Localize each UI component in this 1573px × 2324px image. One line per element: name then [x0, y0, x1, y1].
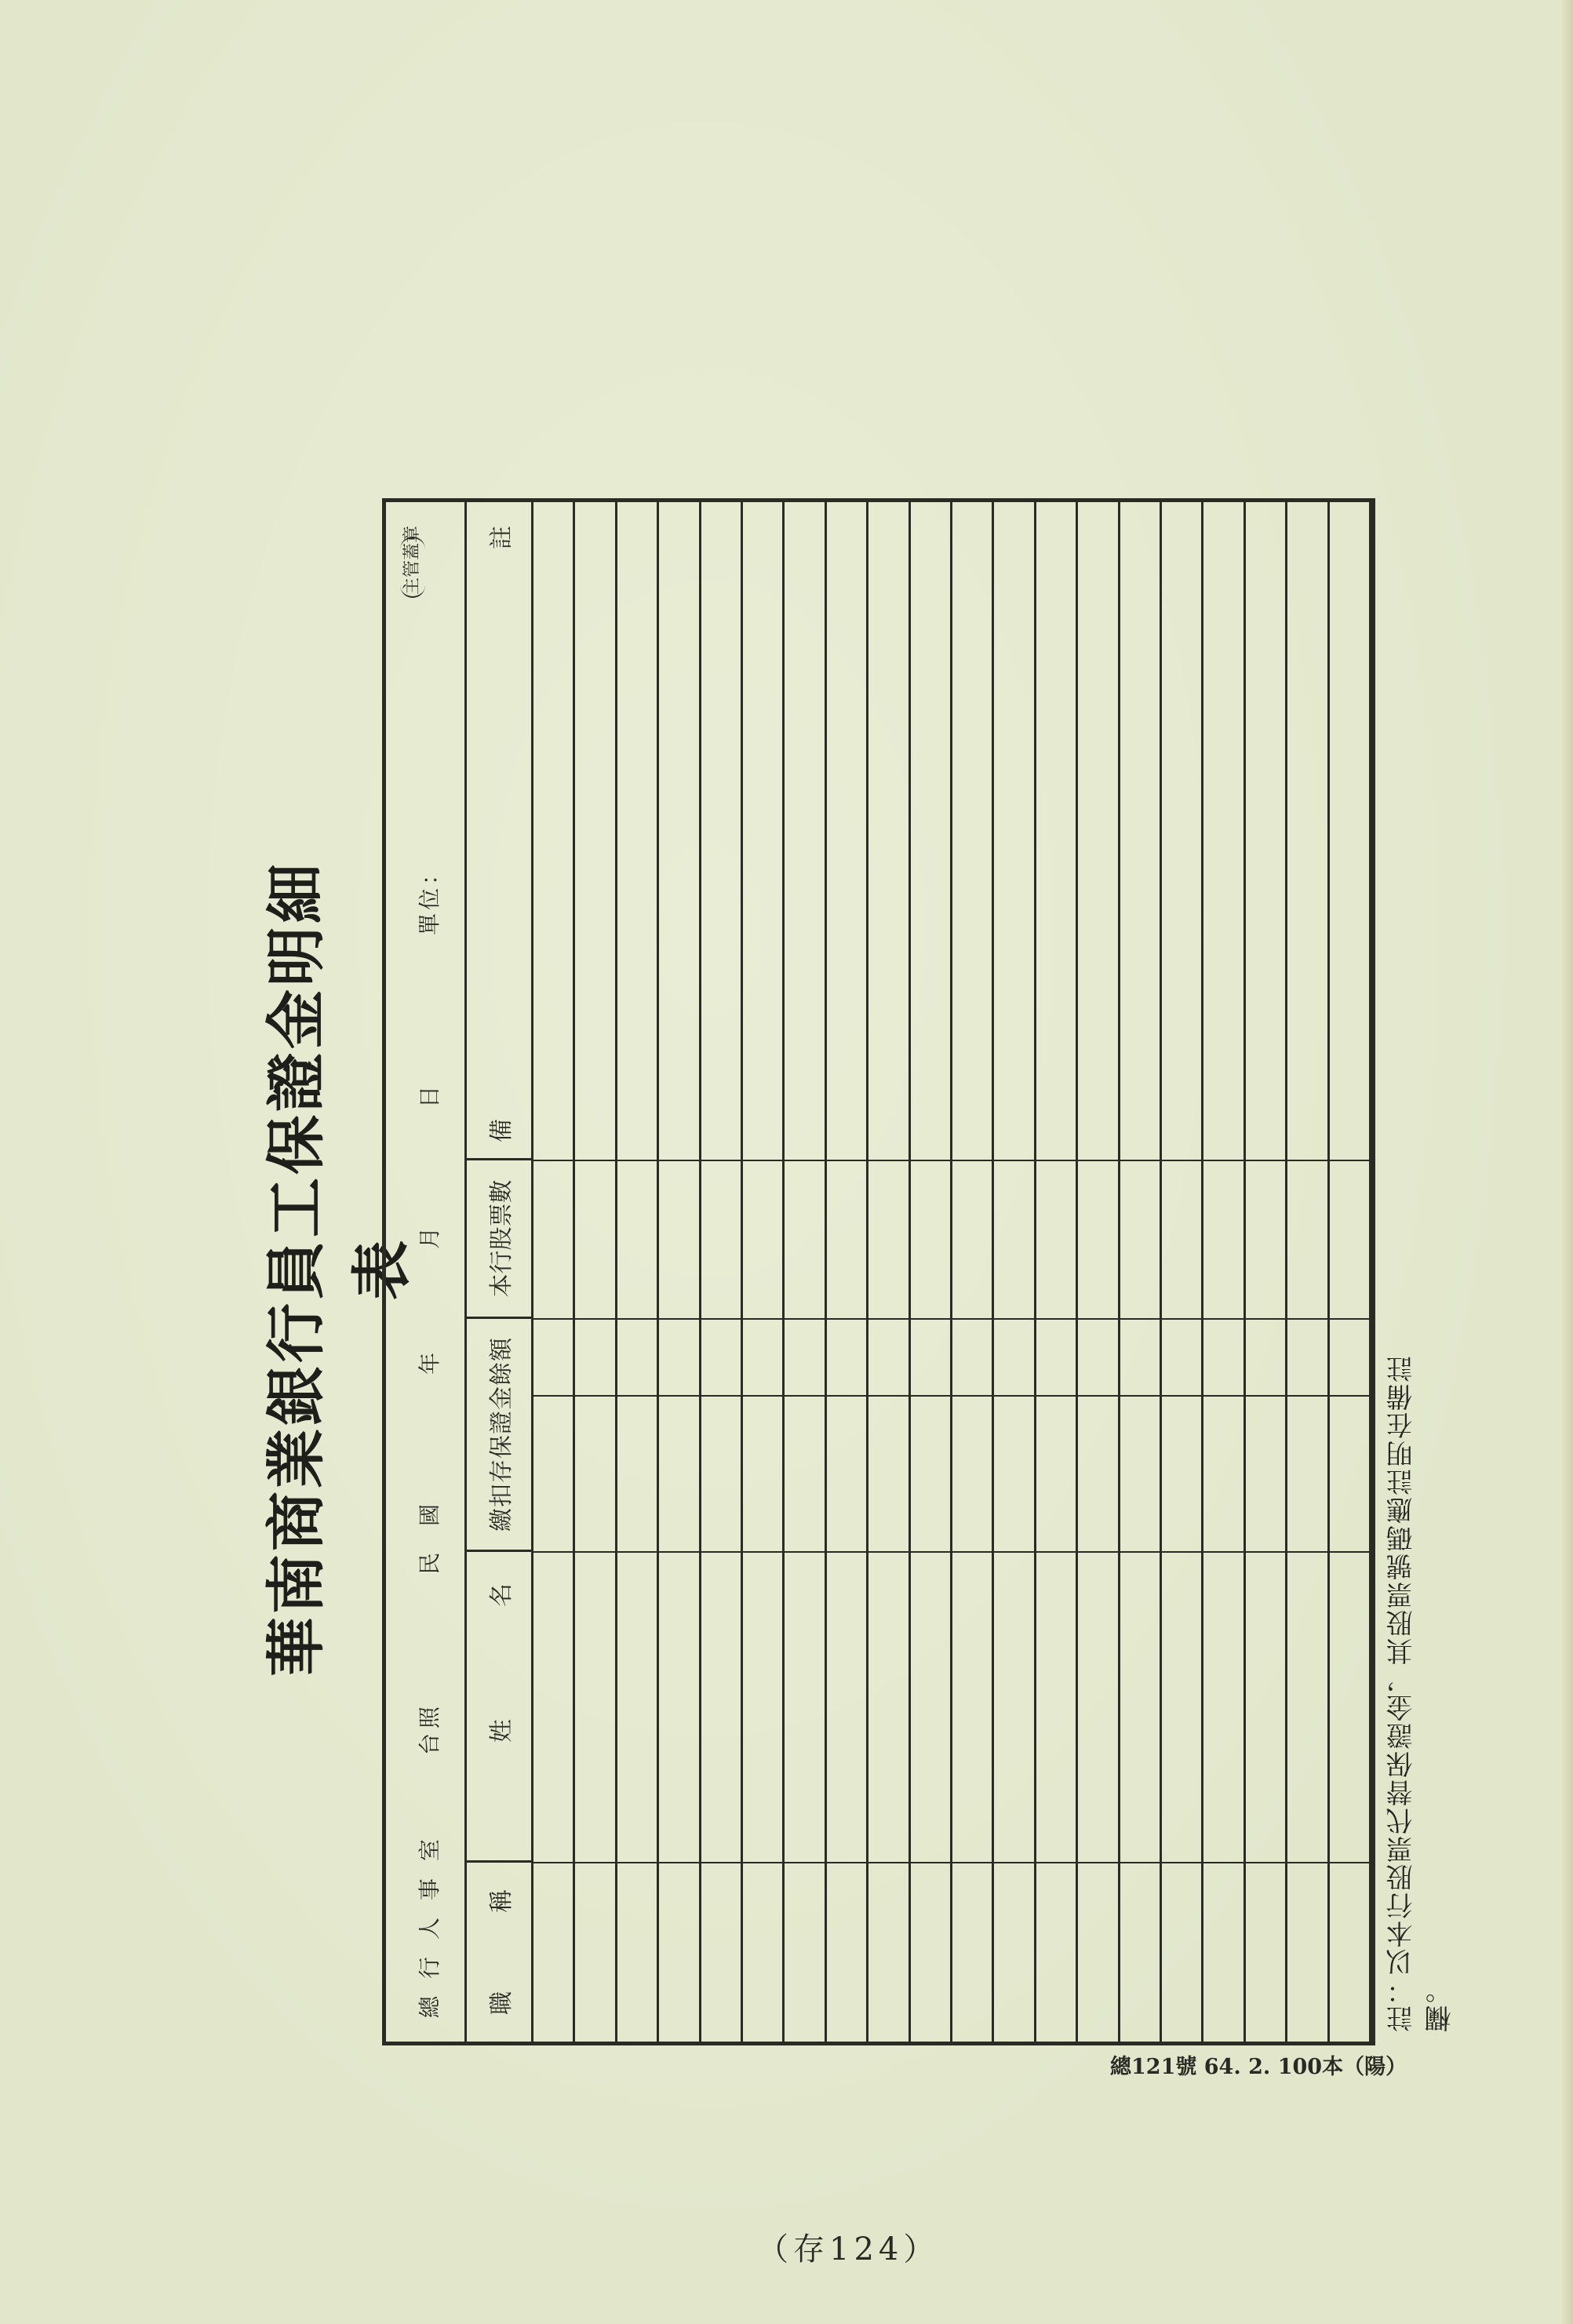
print-info: 總121號 64. 2. 100本（陽）	[1110, 2049, 1407, 2080]
table-row	[533, 502, 575, 2042]
table-row	[1120, 502, 1162, 2042]
data-grid	[533, 502, 1371, 2042]
form-table: 總行人事室 台照 民國 年 月 日 單位： 主管蓋章 職 稱 姓 名 繳扣存保證…	[382, 498, 1375, 2045]
table-row	[1287, 502, 1329, 2042]
header-remarks-b: 註	[482, 526, 516, 549]
footnote: 註：以本行股票代替保證金，其股票號碼應註明在備註欄。	[1382, 1342, 1429, 2032]
table-row	[617, 502, 659, 2042]
table-row	[1078, 502, 1120, 2042]
header-remarks: 備 註	[467, 502, 531, 1160]
day-label: 日	[413, 1086, 444, 1108]
page-number: （存124）	[757, 2224, 939, 2269]
table-row	[1203, 502, 1245, 2042]
col-divider	[533, 1551, 1371, 1553]
col-divider	[533, 1318, 1371, 1320]
column-header-row: 職 稱 姓 名 繳扣存保證金餘額 本行股票數 備 註	[467, 502, 533, 2042]
header-name-b: 名	[482, 1583, 516, 1607]
unit-label: 單位：	[413, 860, 444, 935]
table-row	[575, 502, 617, 2042]
table-row	[1246, 502, 1287, 2042]
header-job-title: 職 稱	[467, 1863, 531, 2042]
table-row	[1330, 502, 1371, 2042]
table-row	[952, 502, 994, 2042]
month-label: 月	[413, 1227, 444, 1249]
era-label: 民國	[413, 1477, 444, 1575]
table-row	[827, 502, 868, 2042]
meta-row: 總行人事室 台照 民國 年 月 日 單位： 主管蓋章	[386, 502, 467, 2042]
col-subdivider	[533, 1395, 1371, 1397]
header-job-title-a: 職	[482, 1991, 516, 2015]
year-label: 年	[413, 1353, 444, 1375]
table-row	[785, 502, 826, 2042]
table-row	[994, 502, 1036, 2042]
header-deposit-balance: 繳扣存保證金餘額	[467, 1319, 531, 1552]
title-band: 華南商業銀行員工保證金明細表	[249, 498, 335, 2045]
attention-label: 台照	[413, 1702, 444, 1755]
department-label: 總行人事室	[413, 1822, 444, 2018]
table-row	[743, 502, 785, 2042]
supervisor-stamp-label: 主管蓋章	[400, 537, 425, 598]
col-divider	[533, 1160, 1371, 1161]
table-row	[659, 502, 701, 2042]
table-row	[1036, 502, 1078, 2042]
table-row	[701, 502, 743, 2042]
header-name: 姓 名	[467, 1552, 531, 1863]
header-bank-shares: 本行股票數	[467, 1160, 531, 1319]
table-row	[868, 502, 910, 2042]
rotated-form: 華南商業銀行員工保證金明細表 總行人事室 台照 民國 年 月 日 單位： 主管蓋…	[382, 498, 1375, 2045]
col-divider	[533, 1862, 1371, 1863]
header-name-a: 姓	[482, 1719, 516, 1743]
header-job-title-b: 稱	[482, 1889, 516, 1913]
table-row	[1162, 502, 1203, 2042]
table-row	[911, 502, 952, 2042]
page-edge	[1562, 0, 1573, 2324]
header-remarks-a: 備	[482, 1119, 516, 1142]
